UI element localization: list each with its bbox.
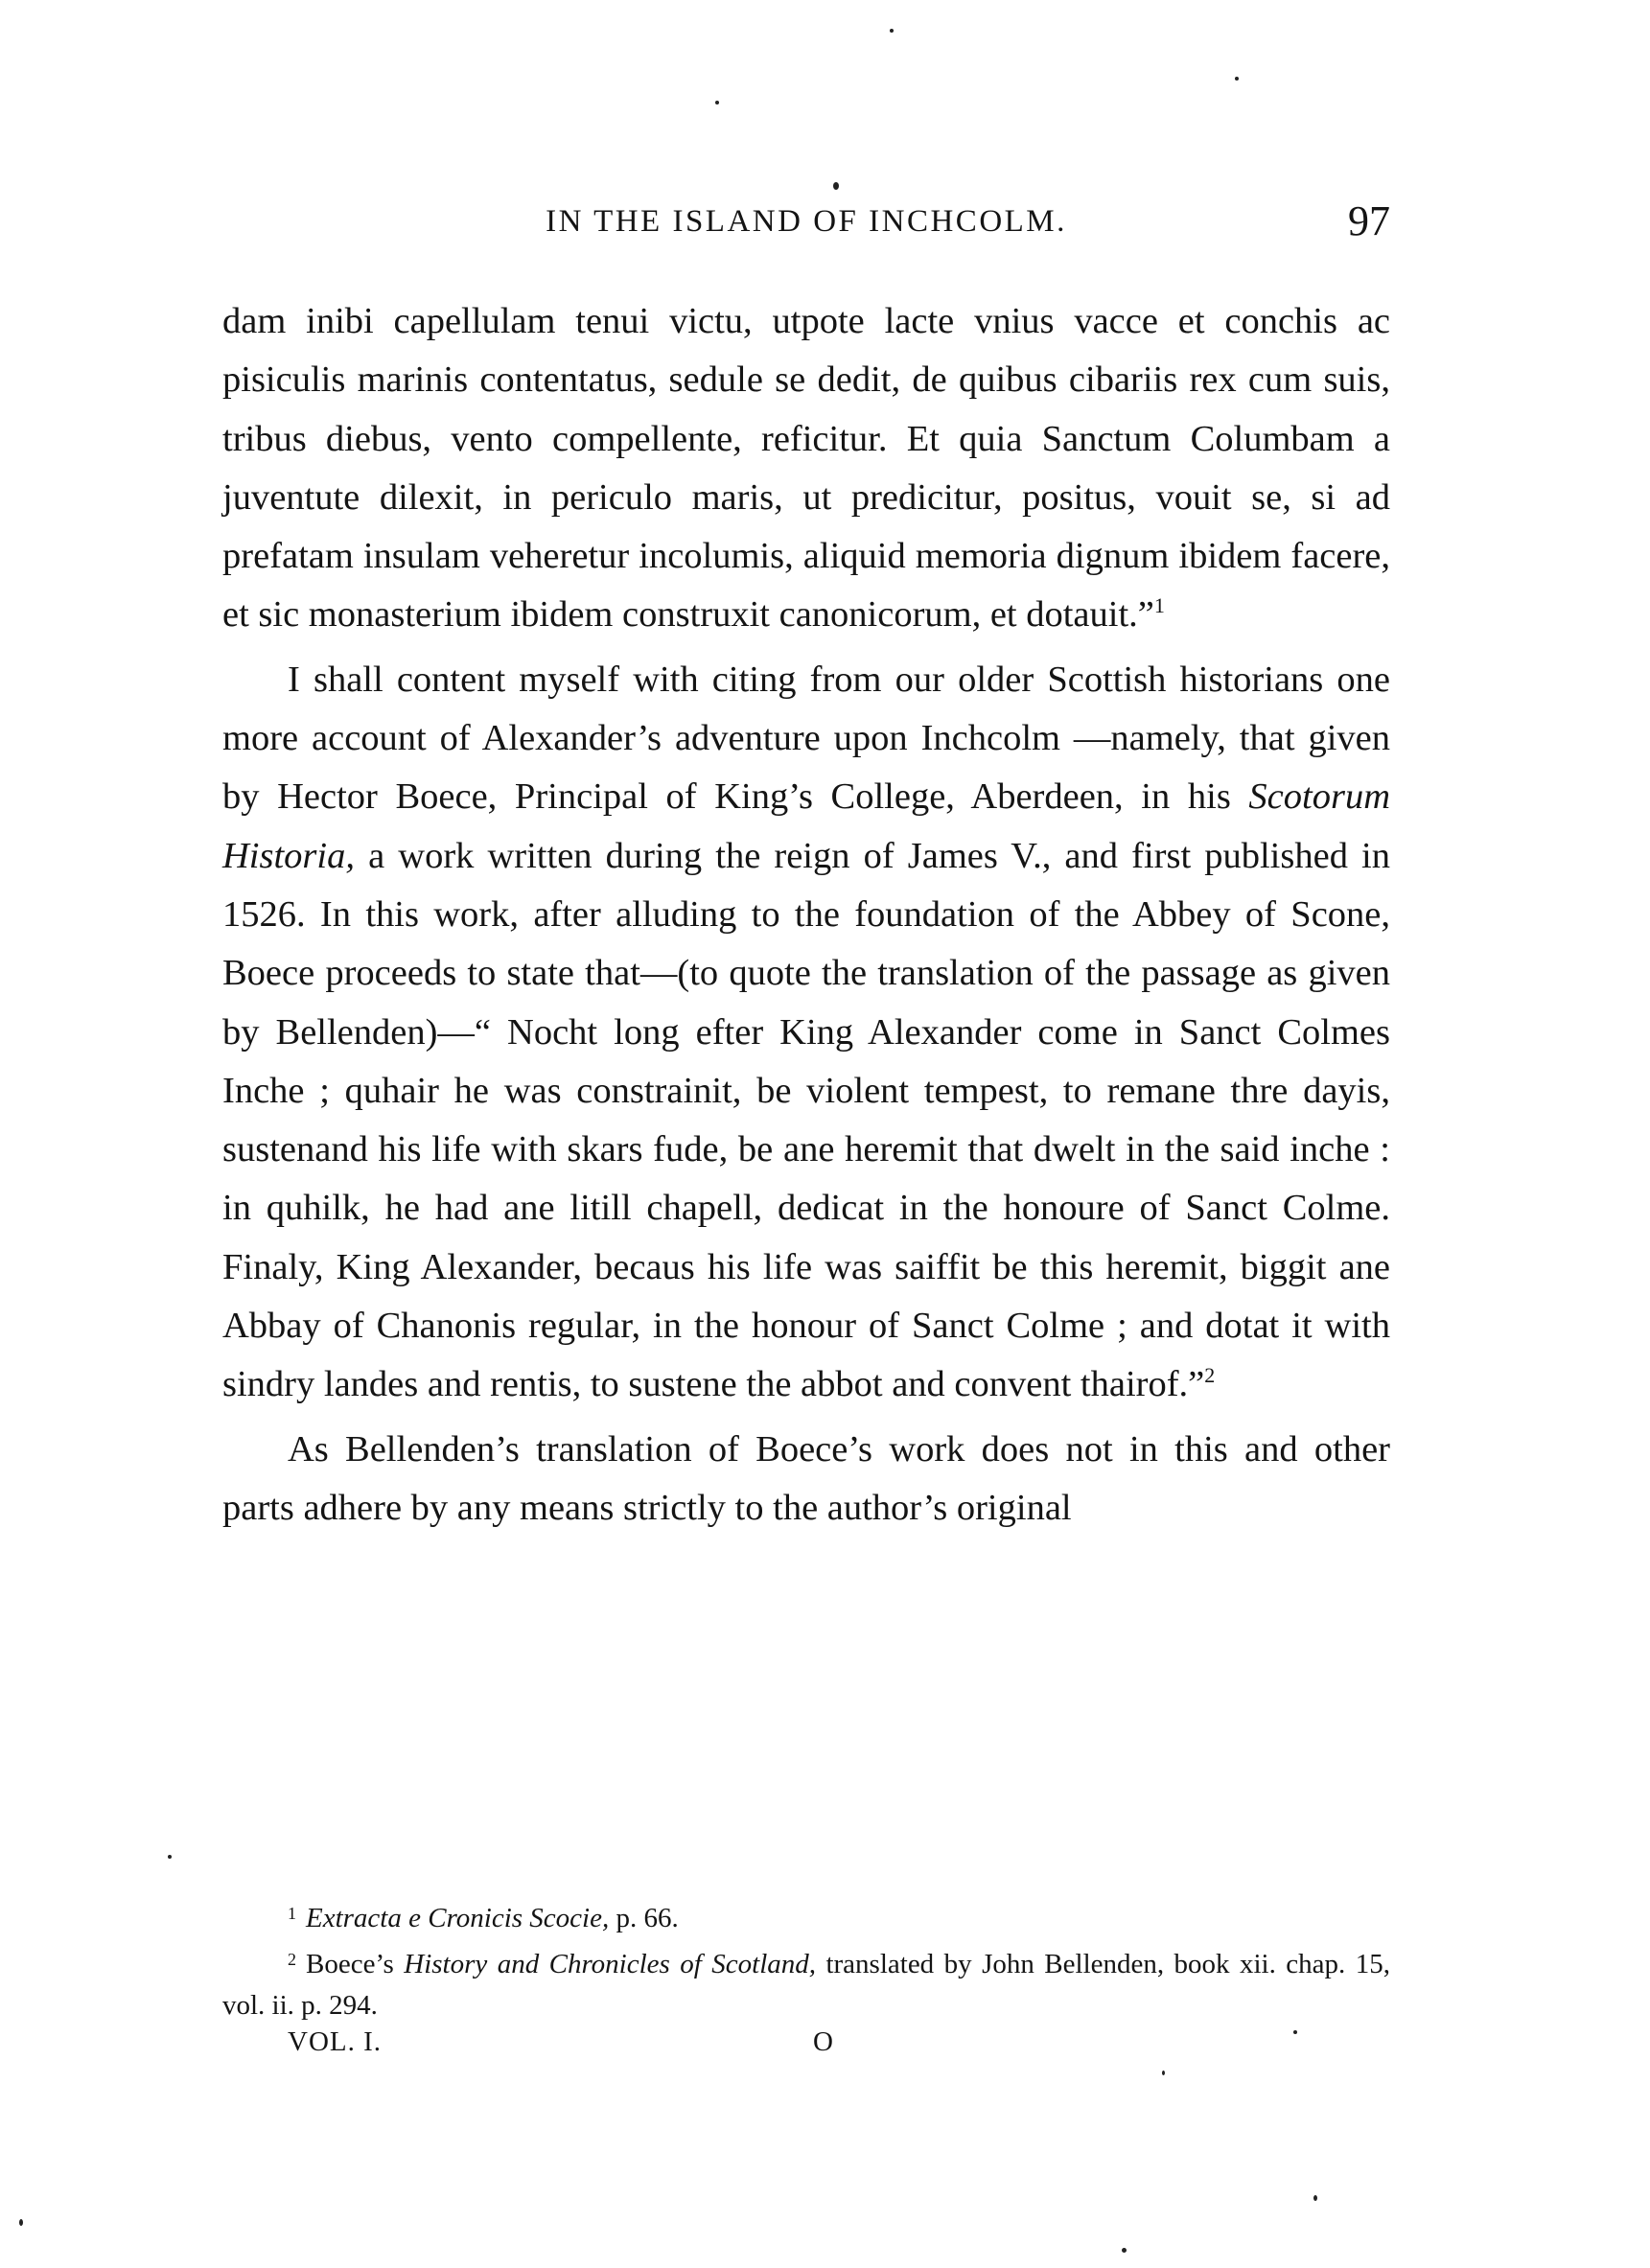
scan-speck	[1293, 2030, 1297, 2034]
footnote-title: History and Chronicles of Scotland,	[404, 1949, 816, 1979]
paragraph-text: dam inibi capellulam tenui victu, utpote…	[222, 301, 1390, 635]
scan-speck	[1122, 2248, 1127, 2253]
page-number: 97	[1348, 197, 1390, 245]
scan-speck	[890, 29, 894, 33]
book-page: IN THE ISLAND OF INCHCOLM. 97 dam inibi …	[0, 0, 1650, 2268]
footnote-2: 2Boece’s History and Chronicles of Scotl…	[222, 1939, 1390, 2026]
scan-speck	[1162, 2071, 1165, 2075]
paragraph-text: As Bellenden’s translation of Boece’s wo…	[222, 1429, 1390, 1528]
scan-speck	[19, 2219, 23, 2226]
paragraph-3: As Bellenden’s translation of Boece’s wo…	[222, 1421, 1390, 1539]
volume-label: VOL. I.	[288, 2026, 382, 2058]
signature-mark: O	[813, 2026, 833, 2058]
footnote-mark: 2	[288, 1950, 296, 1969]
body-text: dam inibi capellulam tenui victu, utpote…	[222, 292, 1390, 1538]
footnote-1: 1Extracta e Cronicis Scocie, p. 66.	[222, 1893, 1390, 1939]
footnote-mark: 1	[288, 1904, 296, 1923]
footnote-title: Extracta e Cronicis Scocie,	[306, 1903, 609, 1933]
footnote-prefix: Boece’s	[306, 1949, 404, 1979]
running-head: IN THE ISLAND OF INCHCOLM. 97	[222, 197, 1390, 244]
footnotes: 1Extracta e Cronicis Scocie, p. 66. 2Boe…	[222, 1893, 1390, 2026]
footnote-ref-1: 1	[1154, 593, 1165, 617]
paragraph-text: I shall content myself with citing from …	[222, 660, 1390, 818]
paragraph-2: I shall content myself with citing from …	[222, 651, 1390, 1415]
scan-speck	[715, 101, 719, 104]
scan-speck	[833, 182, 839, 190]
scan-speck	[1235, 77, 1239, 81]
footnote-text: p. 66.	[609, 1903, 679, 1933]
paragraph-1: dam inibi capellulam tenui victu, utpote…	[222, 292, 1390, 645]
footnote-ref-2: 2	[1204, 1363, 1215, 1387]
scan-speck	[1313, 2195, 1317, 2201]
scan-speck	[168, 1855, 172, 1859]
paragraph-text: a work written during the reign of James…	[222, 836, 1390, 1405]
running-title: IN THE ISLAND OF INCHCOLM.	[222, 204, 1390, 240]
